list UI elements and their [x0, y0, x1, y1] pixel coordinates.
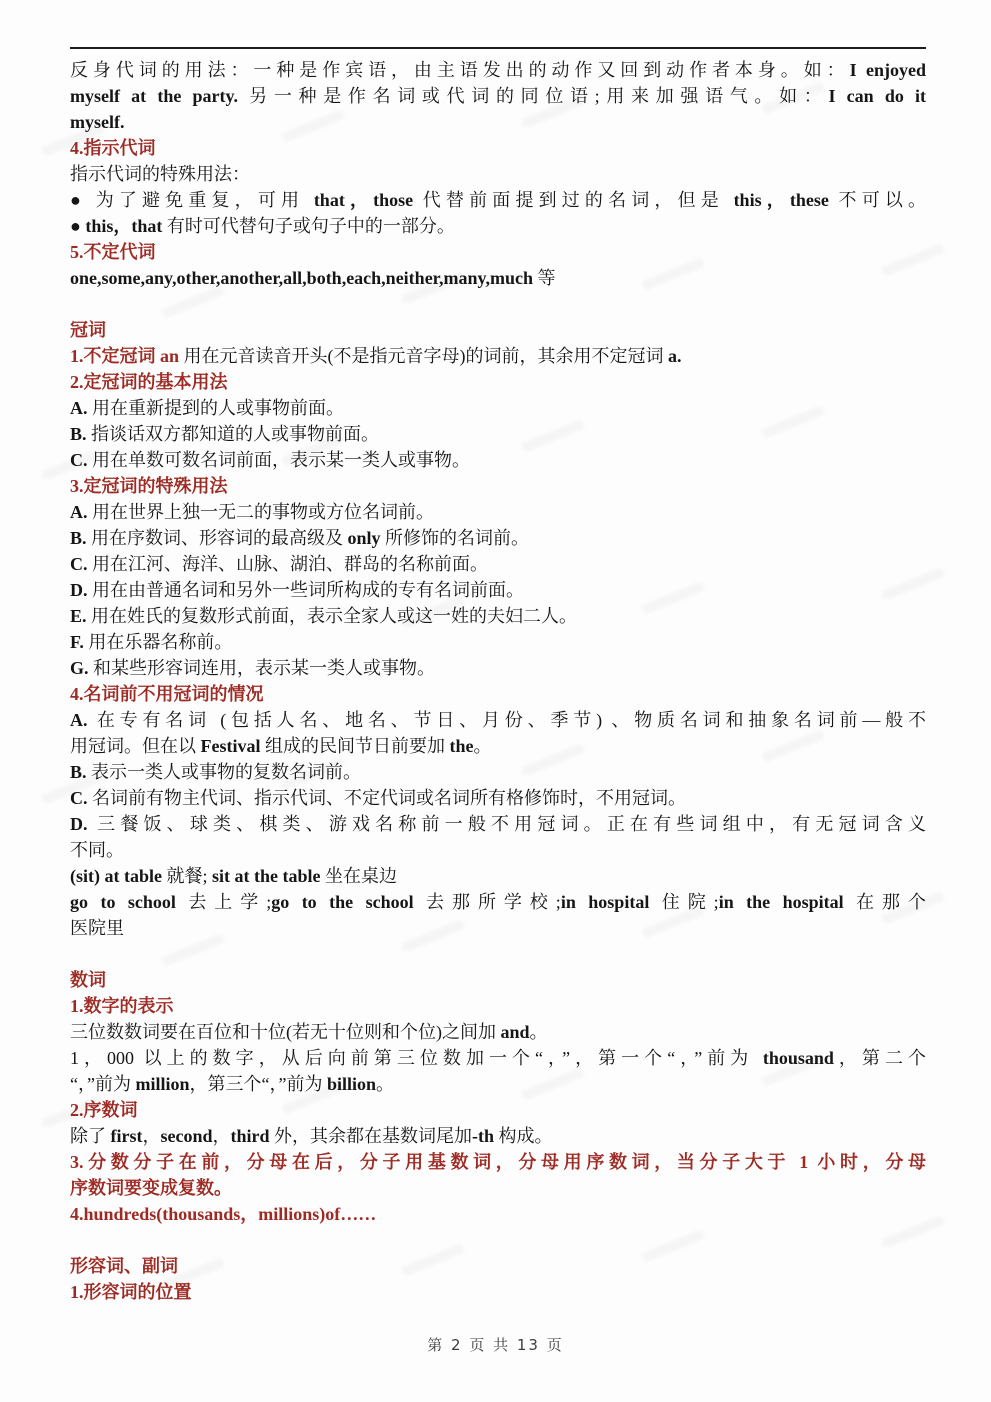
body-text: 所修饰的名词前。: [381, 528, 530, 548]
text-line: myself.: [70, 109, 926, 135]
heading-text: 4.指示代词: [70, 138, 156, 158]
body-text: 。: [530, 1022, 548, 1042]
text-line: 1，000 以上的数字，从后向前第三位数加一个“，”，第一个“，”前为 thou…: [70, 1045, 926, 1071]
body-text: 。: [376, 1074, 394, 1094]
body-text: myself at the party.: [70, 86, 238, 106]
body-text: 指示代词的特殊用法：: [70, 164, 250, 184]
text-line: B. 指谈话双方都知道的人或事物前面。: [70, 421, 926, 447]
text-line: go to school 去上学;go to the school 去那所学校;…: [70, 889, 926, 915]
body-text: D.: [70, 814, 88, 834]
text-line: 冠词: [70, 317, 926, 343]
heading-text: 形容词、副词: [70, 1256, 178, 1276]
header-rule: [70, 47, 926, 49]
body-text: 。: [474, 736, 492, 756]
body-text: 用在姓氏的复数形式前面，表示全家人或这一姓的夫妇二人。: [87, 606, 578, 626]
body-text: billion: [327, 1074, 376, 1094]
body-text: 构成。: [494, 1126, 553, 1146]
text-line: B. 用在序数词、形容词的最高级及 only 所修饰的名词前。: [70, 525, 926, 551]
body-text: 等: [533, 268, 556, 288]
blank-line: [70, 1227, 926, 1253]
text-line: 指示代词的特殊用法：: [70, 161, 926, 187]
text-line: D. 用在由普通名词和另外一些词所构成的专有名词前面。: [70, 577, 926, 603]
body-text: go to school: [70, 892, 176, 912]
body-text: ● 为了避免重复，可用: [70, 190, 314, 210]
body-text: 除了: [70, 1126, 111, 1146]
body-text: C.: [70, 554, 88, 574]
body-text: myself.: [70, 112, 124, 132]
text-line: 2.定冠词的基本用法: [70, 369, 926, 395]
heading-text: 4.hundreds(thousands，millions)of……: [70, 1204, 376, 1224]
body-text: 三餐饭、球类、棋类、游戏名称前一般不用冠词。正在有些词组中，有无冠词含义: [88, 814, 927, 834]
body-text: 去那所学校;: [414, 892, 561, 912]
text-line: 不同。: [70, 837, 926, 863]
body-text: 用在世界上独一无二的事物或方位名词前。: [88, 502, 435, 522]
heading-text: 2.序数词: [70, 1100, 138, 1120]
text-line: “，”前为 million，第三个“，”前为 billion。: [70, 1071, 926, 1097]
body-text: 指谈话双方都知道的人或事物前面。: [87, 424, 380, 444]
body-text: 另一种是作名词或代词的同位语;用来加强语气。如：: [238, 86, 828, 106]
body-text: 代替前面提到过的名词，但是: [413, 190, 733, 210]
body-text: in hospital: [561, 892, 650, 912]
body-text: I can do it: [828, 86, 926, 106]
text-line: 数词: [70, 967, 926, 993]
body-text: that，those: [314, 190, 413, 210]
body-text: G.: [70, 658, 89, 678]
page-footer: 第 2 页 共 13 页: [0, 1334, 991, 1355]
body-text: 不可以。: [829, 190, 926, 210]
text-line: G. 和某些形容词连用，表示某一类人或事物。: [70, 655, 926, 681]
body-text: third: [231, 1126, 270, 1146]
text-line: one,some,any,other,another,all,both,each…: [70, 265, 926, 291]
text-line: 反身代词的用法：一种是作宾语，由主语发出的动作又回到动作者本身。如：I enjo…: [70, 57, 926, 83]
body-text: second: [160, 1126, 212, 1146]
text-line: 3.定冠词的特殊用法: [70, 473, 926, 499]
body-text: 在专有名词 (包括人名、地名、节日、月份、季节) 、物质名词和抽象名词前—般不: [88, 710, 927, 730]
text-line: E. 用在姓氏的复数形式前面，表示全家人或这一姓的夫妇二人。: [70, 603, 926, 629]
body-text: ，: [213, 1126, 231, 1146]
text-line: 三位数数词要在百位和十位(若无十位则和个位)之间加 and。: [70, 1019, 926, 1045]
text-line: 医院里: [70, 915, 926, 941]
body-text: A.: [70, 398, 88, 418]
text-line: C. 名词前有物主代词、指示代词、不定代词或名词所有格修饰时，不用冠词。: [70, 785, 926, 811]
body-text: 外，其余都在基数词尾加: [270, 1126, 473, 1146]
heading-text: 5.不定代词: [70, 242, 156, 262]
body-text: -th: [472, 1126, 494, 1146]
body-text: A.: [70, 502, 88, 522]
body-text: 医院里: [70, 918, 124, 938]
heading-text: 冠词: [70, 320, 106, 340]
body-text: 1，000 以上的数字，从后向前第三位数加一个“，”，第一个“，”前为: [70, 1048, 763, 1068]
body-text: 用在由普通名词和另外一些词所构成的专有名词前面。: [88, 580, 525, 600]
heading-text: 1.数字的表示: [70, 996, 174, 1016]
text-line: F. 用在乐器名称前。: [70, 629, 926, 655]
body-text: million: [135, 1074, 189, 1094]
text-line: 3.分数分子在前，分母在后，分子用基数词，分母用序数词，当分子大于 1 小时，分…: [70, 1149, 926, 1175]
text-line: A. 用在重新提到的人或事物前面。: [70, 395, 926, 421]
body-text: 就餐;: [162, 866, 212, 886]
body-text: D.: [70, 580, 88, 600]
text-line: ● 为了避免重复，可用 that，those 代替前面提到过的名词，但是 thi…: [70, 187, 926, 213]
body-text: A.: [70, 710, 88, 730]
heading-text: 3.分数分子在前，分母在后，分子用基数词，分母用序数词，当分子大于 1 小时，分…: [70, 1152, 926, 1172]
heading-text: 4.名词前不用冠词的情况: [70, 684, 264, 704]
body-text: I enjoyed: [850, 60, 926, 80]
body-text: 用冠词。但在以: [70, 736, 201, 756]
text-line: 1.数字的表示: [70, 993, 926, 1019]
body-text: 表示一类人或事物的复数名词前。: [87, 762, 362, 782]
text-line: (sit) at table 就餐; sit at the table 坐在桌边: [70, 863, 926, 889]
text-line: 5.不定代词: [70, 239, 926, 265]
heading-text: 1.不定冠词 an: [70, 346, 179, 366]
text-line: D. 三餐饭、球类、棋类、游戏名称前一般不用冠词。正在有些词组中，有无冠词含义: [70, 811, 926, 837]
body-text: B.: [70, 424, 87, 444]
body-text: 去上学;: [176, 892, 271, 912]
text-line: 用冠词。但在以 Festival 组成的民间节日前要加 the。: [70, 733, 926, 759]
text-line: 4.指示代词: [70, 135, 926, 161]
body-text: C.: [70, 788, 88, 808]
document-body: 反身代词的用法：一种是作宾语，由主语发出的动作又回到动作者本身。如：I enjo…: [70, 57, 926, 1305]
text-line: C. 用在江河、海洋、山脉、湖泊、群岛的名称前面。: [70, 551, 926, 577]
body-text: 组成的民间节日前要加: [261, 736, 450, 756]
heading-text: 3.定冠词的特殊用法: [70, 476, 228, 496]
text-line: C. 用在单数可数名词前面，表示某一类人或事物。: [70, 447, 926, 473]
text-line: A. 在专有名词 (包括人名、地名、节日、月份、季节) 、物质名词和抽象名词前—…: [70, 707, 926, 733]
body-text: this，that: [85, 216, 162, 236]
body-text: ，第二个: [834, 1048, 926, 1068]
body-text: a.: [668, 346, 682, 366]
body-text: 坐在桌边: [320, 866, 397, 886]
body-text: Festival: [201, 736, 261, 756]
body-text: 名词前有物主代词、指示代词、不定代词或名词所有格修饰时，不用冠词。: [88, 788, 687, 808]
body-text: go to the school: [271, 892, 413, 912]
document-page: 反身代词的用法：一种是作宾语，由主语发出的动作又回到动作者本身。如：I enjo…: [0, 0, 991, 1402]
heading-text: 数词: [70, 970, 106, 990]
heading-text: 序数词要变成复数。: [70, 1178, 232, 1198]
body-text: F.: [70, 632, 84, 652]
body-text: 不同。: [70, 840, 124, 860]
body-text: E.: [70, 606, 87, 626]
body-text: 用在江河、海洋、山脉、湖泊、群岛的名称前面。: [88, 554, 489, 574]
body-text: and: [501, 1022, 530, 1042]
text-line: 序数词要变成复数。: [70, 1175, 926, 1201]
text-line: 4.名词前不用冠词的情况: [70, 681, 926, 707]
body-text: only: [348, 528, 381, 548]
body-text: 和某些形容词连用，表示某一类人或事物。: [89, 658, 436, 678]
body-text: this，these: [734, 190, 829, 210]
body-text: 用在单数可数名词前面，表示某一类人或事物。: [88, 450, 471, 470]
text-line: 除了 first，second，third 外，其余都在基数词尾加-th 构成。: [70, 1123, 926, 1149]
body-text: ，: [142, 1126, 160, 1146]
body-text: 用在序数词、形容词的最高级及: [87, 528, 348, 548]
body-text: 用在乐器名称前。: [84, 632, 233, 652]
body-text: “，”前为: [70, 1074, 135, 1094]
body-text: ，第三个“，”前为: [190, 1074, 327, 1094]
body-text: 有时可代替句子或句子中的一部分。: [162, 216, 455, 236]
text-line: 4.hundreds(thousands，millions)of……: [70, 1201, 926, 1227]
text-line: 1.形容词的位置: [70, 1279, 926, 1305]
body-text: 在那个: [844, 892, 926, 912]
text-line: 形容词、副词: [70, 1253, 926, 1279]
text-line: 1.不定冠词 an 用在元音读音开头(不是指元音字母)的词前，其余用不定冠词 a…: [70, 343, 926, 369]
text-line: 2.序数词: [70, 1097, 926, 1123]
blank-line: [70, 941, 926, 967]
body-text: the: [450, 736, 474, 756]
text-line: A. 用在世界上独一无二的事物或方位名词前。: [70, 499, 926, 525]
body-text: one,some,any,other,another,all,both,each…: [70, 268, 533, 288]
blank-line: [70, 291, 926, 317]
text-line: B. 表示一类人或事物的复数名词前。: [70, 759, 926, 785]
body-text: sit at the table: [212, 866, 320, 886]
body-text: ●: [70, 216, 85, 236]
body-text: B.: [70, 762, 87, 782]
body-text: 用在重新提到的人或事物前面。: [88, 398, 345, 418]
body-text: in the hospital: [719, 892, 844, 912]
body-text: 住院;: [649, 892, 718, 912]
text-line: myself at the party. 另一种是作名词或代词的同位语;用来加强…: [70, 83, 926, 109]
body-text: first: [111, 1126, 143, 1146]
heading-text: 2.定冠词的基本用法: [70, 372, 228, 392]
text-line: ● this，that 有时可代替句子或句子中的一部分。: [70, 213, 926, 239]
body-text: B.: [70, 528, 87, 548]
page-number: 第 2 页 共 13 页: [427, 1336, 563, 1354]
body-text: 用在元音读音开头(不是指元音字母)的词前，其余用不定冠词: [179, 346, 668, 366]
body-text: 三位数数词要在百位和十位(若无十位则和个位)之间加: [70, 1022, 501, 1042]
body-text: (sit) at table: [70, 866, 162, 886]
body-text: thousand: [763, 1048, 834, 1068]
body-text: C.: [70, 450, 88, 470]
body-text: 反身代词的用法：一种是作宾语，由主语发出的动作又回到动作者本身。如：: [70, 60, 850, 80]
heading-text: 1.形容词的位置: [70, 1282, 192, 1302]
